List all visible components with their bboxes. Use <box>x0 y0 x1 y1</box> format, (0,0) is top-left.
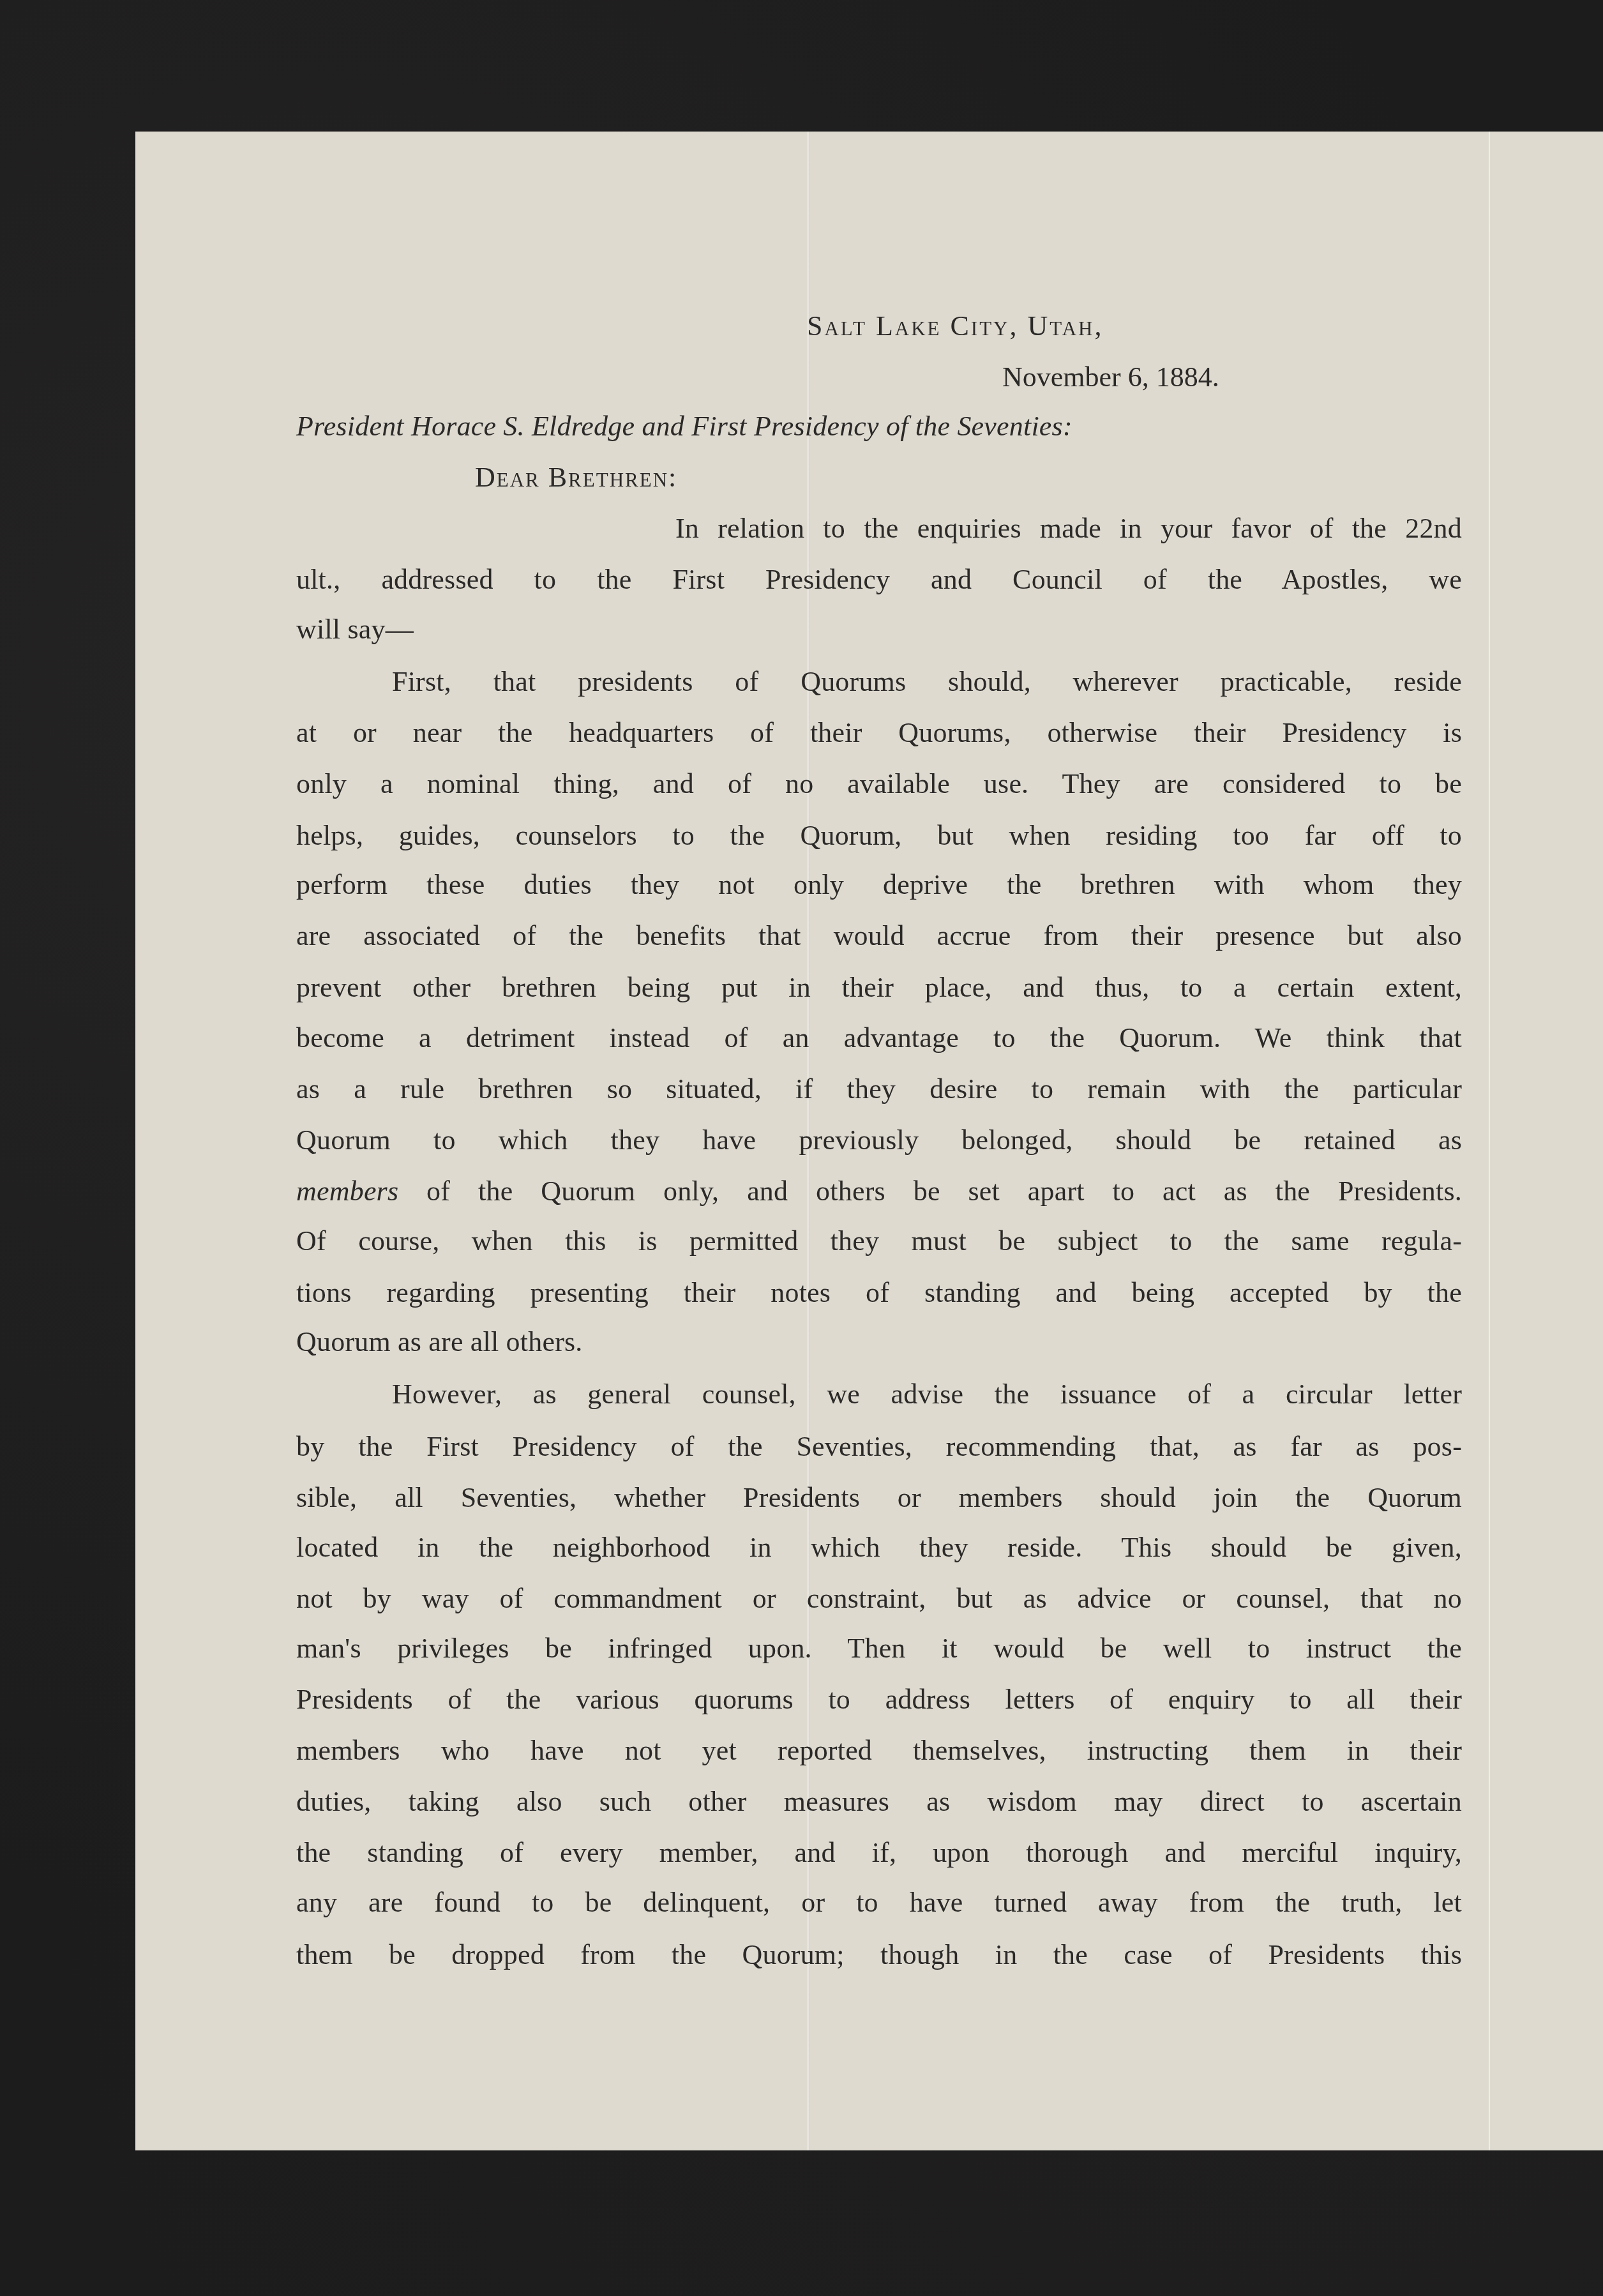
body-text-line: at or near the headquarters of their Quo… <box>296 714 1462 752</box>
line-remainder: of the Quorum only, and others be set ap… <box>398 1175 1462 1207</box>
body-text-line: are associated of the benefits that woul… <box>296 917 1462 955</box>
body-text-line: only a nominal thing, and of no availabl… <box>296 765 1462 803</box>
body-text-line: any are found to be delinquent, or to ha… <box>296 1884 1462 1922</box>
body-text-line: located in the neighborhood in which the… <box>296 1529 1462 1567</box>
body-text-line: man's privileges be infringed upon. Then… <box>296 1629 1462 1668</box>
body-text-line: Presidents of the various quorums to add… <box>296 1680 1462 1719</box>
letter-page: Salt Lake City, Utah, November 6, 1884. … <box>135 132 1603 2150</box>
body-text-line: tions regarding presenting their notes o… <box>296 1274 1462 1312</box>
right-fold-line <box>1489 132 1491 2150</box>
body-text-line: perform these duties they not only depri… <box>296 866 1462 904</box>
body-text-line: Quorum as are all others. <box>296 1323 583 1361</box>
body-text-line: them be dropped from the Quorum; though … <box>296 1936 1462 1974</box>
body-text-line: the standing of every member, and if, up… <box>296 1834 1462 1872</box>
body-text-line: become a detriment instead of an advanta… <box>296 1019 1462 1057</box>
body-text-line: Quorum to which they have previously bel… <box>296 1121 1462 1159</box>
body-text-line: as a rule brethren so situated, if they … <box>296 1070 1462 1108</box>
body-text-line: ult., addressed to the First Presidency … <box>296 561 1462 599</box>
letter-place: Salt Lake City, Utah, <box>807 307 1103 345</box>
body-text-line: helps, guides, counselors to the Quorum,… <box>296 817 1462 855</box>
body-text-line: First, that presidents of Quorums should… <box>392 663 1462 701</box>
body-text-line: by the First Presidency of the Seventies… <box>296 1428 1462 1466</box>
italic-emphasis: members <box>296 1175 398 1207</box>
body-text-line: However, as general counsel, we advise t… <box>392 1375 1462 1414</box>
body-text-line: In relation to the enquiries made in you… <box>675 510 1462 548</box>
body-text-line: will say— <box>296 610 414 649</box>
letter-addressee: President Horace S. Eldredge and First P… <box>296 407 1072 446</box>
body-text-line: not by way of commandment or constraint,… <box>296 1580 1462 1618</box>
body-text-line: duties, taking also such other measures … <box>296 1783 1462 1821</box>
letter-salutation: Dear Brethren: <box>475 458 677 497</box>
body-text-line: prevent other brethren being put in thei… <box>296 969 1462 1007</box>
body-text-line: members of the Quorum only, and others b… <box>296 1172 1462 1211</box>
letter-date: November 6, 1884. <box>1002 358 1219 397</box>
body-text-line: sible, all Seventies, whether Presidents… <box>296 1479 1462 1517</box>
body-text-line: members who have not yet reported themse… <box>296 1732 1462 1770</box>
body-text-line: Of course, when this is permitted they m… <box>296 1222 1462 1260</box>
